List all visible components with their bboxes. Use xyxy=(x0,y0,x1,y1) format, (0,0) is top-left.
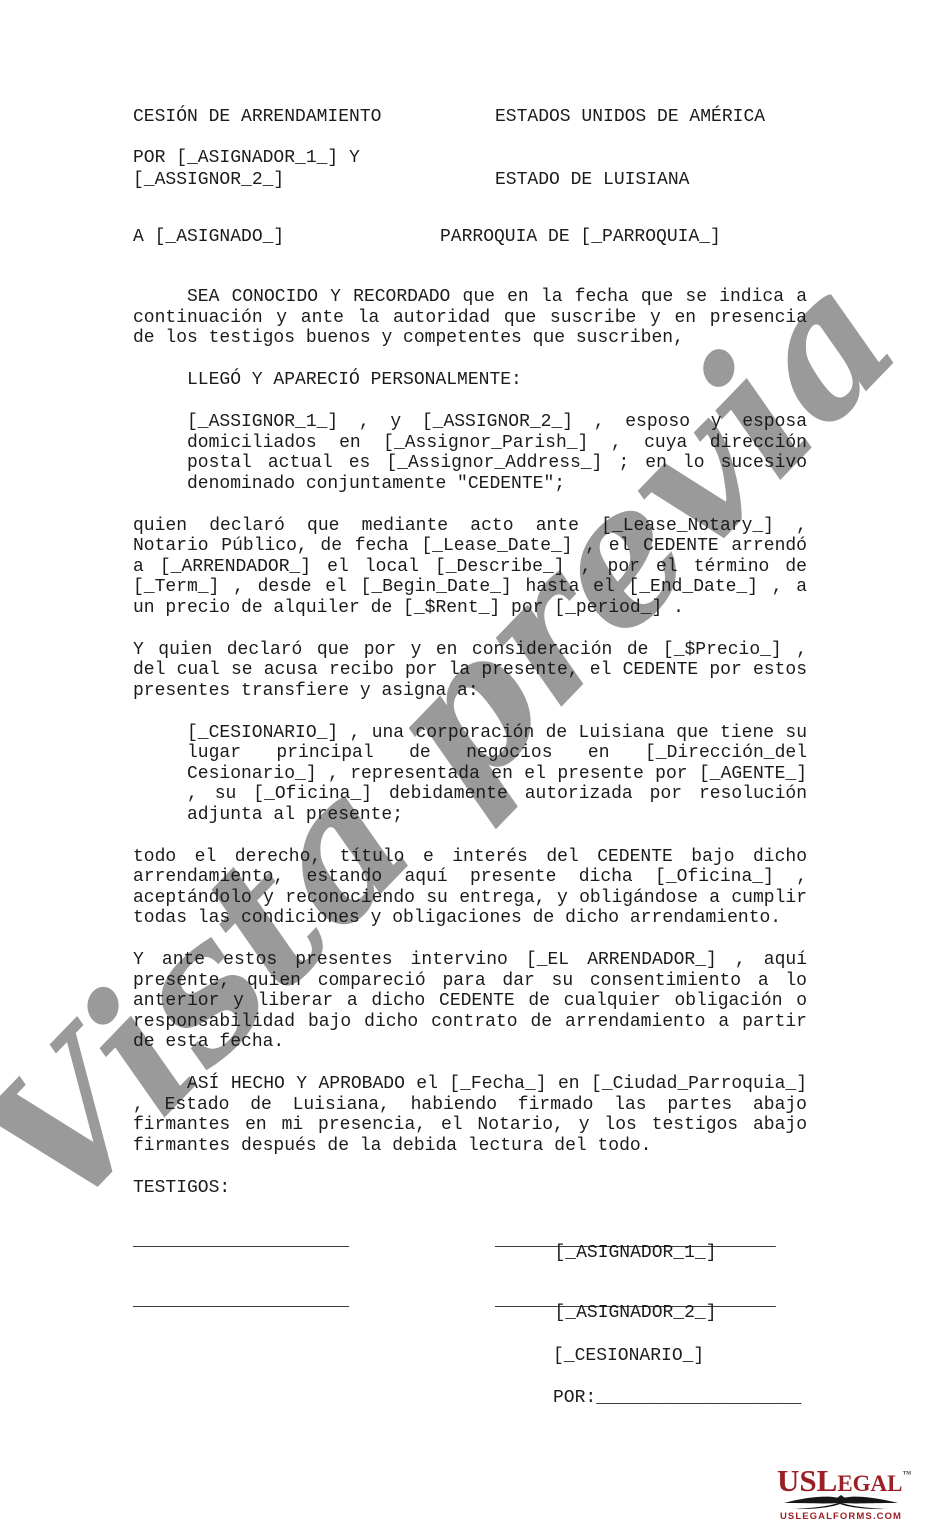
document-paragraph: LLEGÓ Y APARECIÓ PERSONALMENTE: xyxy=(133,370,807,391)
document-line: SEA CONOCIDO Y RECORDADO que en la fecha… xyxy=(133,287,807,308)
document-paragraph: [_CESIONARIO_] , una corporación de Luis… xyxy=(187,723,807,826)
document-line: postal actual es [_Assignor_Address_] ; … xyxy=(187,453,807,474)
document-line: presentes transfiere y asigna a: xyxy=(133,681,807,702)
document-line: , su [_Oficina_] debidamente autorizada … xyxy=(187,784,807,805)
header-country: ESTADOS UNIDOS DE AMÉRICA xyxy=(495,107,765,128)
document-line: todas las condiciones y obligaciones de … xyxy=(133,908,807,929)
witness-signature-line-2: ____________________ xyxy=(133,1291,349,1312)
document-line: lugar principal de negocios en [_Direcci… xyxy=(187,743,807,764)
document-line: de esta fecha. xyxy=(133,1032,807,1053)
assignee-signature-label: [_CESIONARIO_] xyxy=(553,1346,704,1367)
document-paragraph: Y quien declaró que por y en consideraci… xyxy=(133,640,807,702)
document-paragraph: SEA CONOCIDO Y RECORDADO que en la fecha… xyxy=(133,287,807,349)
header-parish: PARROQUIA DE [_PARROQUIA_] xyxy=(440,227,721,248)
document-line: TESTIGOS: xyxy=(133,1178,807,1199)
document-paragraph: Y ante estos presentes intervino [_EL AR… xyxy=(133,950,807,1053)
uslegal-logo: USLEGAL™ USLEGALFORMS.COM xyxy=(777,1459,905,1522)
document-line: LLEGÓ Y APARECIÓ PERSONALMENTE: xyxy=(133,370,807,391)
document-line: Y ante estos presentes intervino [_EL AR… xyxy=(133,950,807,971)
document-line: [_ASSIGNOR_1_] , y [_ASSIGNOR_2_] , espo… xyxy=(187,412,807,433)
party-signature-label-2: [_ASIGNADOR_2_] xyxy=(495,1303,776,1324)
por-signature-line: POR:___________________ xyxy=(553,1388,801,1409)
document-paragraph: ASÍ HECHO Y APROBADO el [_Fecha_] en [_C… xyxy=(133,1074,807,1156)
document-line: anterior y liberar a dicho CEDENTE de cu… xyxy=(133,991,807,1012)
uslegalforms-url: USLEGALFORMS.COM xyxy=(777,1511,905,1522)
document-line: del cual se acusa recibo por la presente… xyxy=(133,660,807,681)
document-line: responsabilidad bajo dicho contrato de a… xyxy=(133,1012,807,1033)
header-assignee: A [_ASIGNADO_] xyxy=(133,227,284,248)
document-paragraph: TESTIGOS: xyxy=(133,1178,807,1199)
document-line: aceptándolo y reconociendo su entrega, y… xyxy=(133,888,807,909)
document-line: Y quien declaró que por y en consideraci… xyxy=(133,640,807,661)
uslegal-brand: USLEGAL™ xyxy=(777,1459,905,1499)
document-paragraph: [_ASSIGNOR_1_] , y [_ASSIGNOR_2_] , espo… xyxy=(187,412,807,494)
document-line: Cesionario_] , representada en el presen… xyxy=(187,764,807,785)
document-line: a [_ARRENDADOR_] el local [_Describe_] ,… xyxy=(133,557,807,578)
document-paragraph: todo el derecho, título e interés del CE… xyxy=(133,847,807,929)
document-line: arrendamiento, estando aquí presente dic… xyxy=(133,867,807,888)
document-preview-page: Vista previa CESIÓN DE ARRENDAMIENTO EST… xyxy=(0,0,935,1540)
document-line: un precio de alquiler de [_$Rent_] por [… xyxy=(133,598,807,619)
party-signature-label-1: [_ASIGNADOR_1_] xyxy=(495,1243,776,1264)
document-line: Notario Público, de fecha [_Lease_Date_]… xyxy=(133,536,807,557)
brand-big-text: USL xyxy=(777,1463,837,1498)
document-line: adjunta al presente; xyxy=(187,805,807,826)
document-line: firmantes después de la debida lectura d… xyxy=(133,1136,807,1157)
witness-signature-line-1: ____________________ xyxy=(133,1231,349,1252)
document-line: ASÍ HECHO Y APROBADO el [_Fecha_] en [_C… xyxy=(133,1074,807,1095)
document-line: domiciliados en [_Assignor_Parish_] , cu… xyxy=(187,433,807,454)
document-line: todo el derecho, título e interés del CE… xyxy=(133,847,807,868)
trademark-symbol: ™ xyxy=(903,1469,912,1479)
document-line: quien declaró que mediante acto ante [_L… xyxy=(133,516,807,537)
document-line: de los testigos buenos y competentes que… xyxy=(133,328,807,349)
document-line: firmantes en mi presencia, el Notario, y… xyxy=(133,1115,807,1136)
header-assignor-1: POR [_ASIGNADOR_1_] Y xyxy=(133,148,360,169)
document-body: SEA CONOCIDO Y RECORDADO que en la fecha… xyxy=(133,287,807,1198)
header-assignor-2: [_ASSIGNOR_2_] xyxy=(133,170,284,191)
document-paragraph: quien declaró que mediante acto ante [_L… xyxy=(133,516,807,619)
document-line: , Estado de Luisiana, habiendo firmado l… xyxy=(133,1095,807,1116)
document-line: denominado conjuntamente "CEDENTE"; xyxy=(187,474,807,495)
doc-title: CESIÓN DE ARRENDAMIENTO xyxy=(133,107,381,128)
document-line: [_CESIONARIO_] , una corporación de Luis… xyxy=(187,723,807,744)
document-line: [_Term_] , desde el [_Begin_Date_] hasta… xyxy=(133,577,807,598)
brand-small-text: EGAL xyxy=(837,1471,902,1496)
document-line: presente, quien compareció para dar su c… xyxy=(133,971,807,992)
header-state: ESTADO DE LUISIANA xyxy=(495,170,689,191)
document-line: continuación y ante la autoridad que sus… xyxy=(133,308,807,329)
